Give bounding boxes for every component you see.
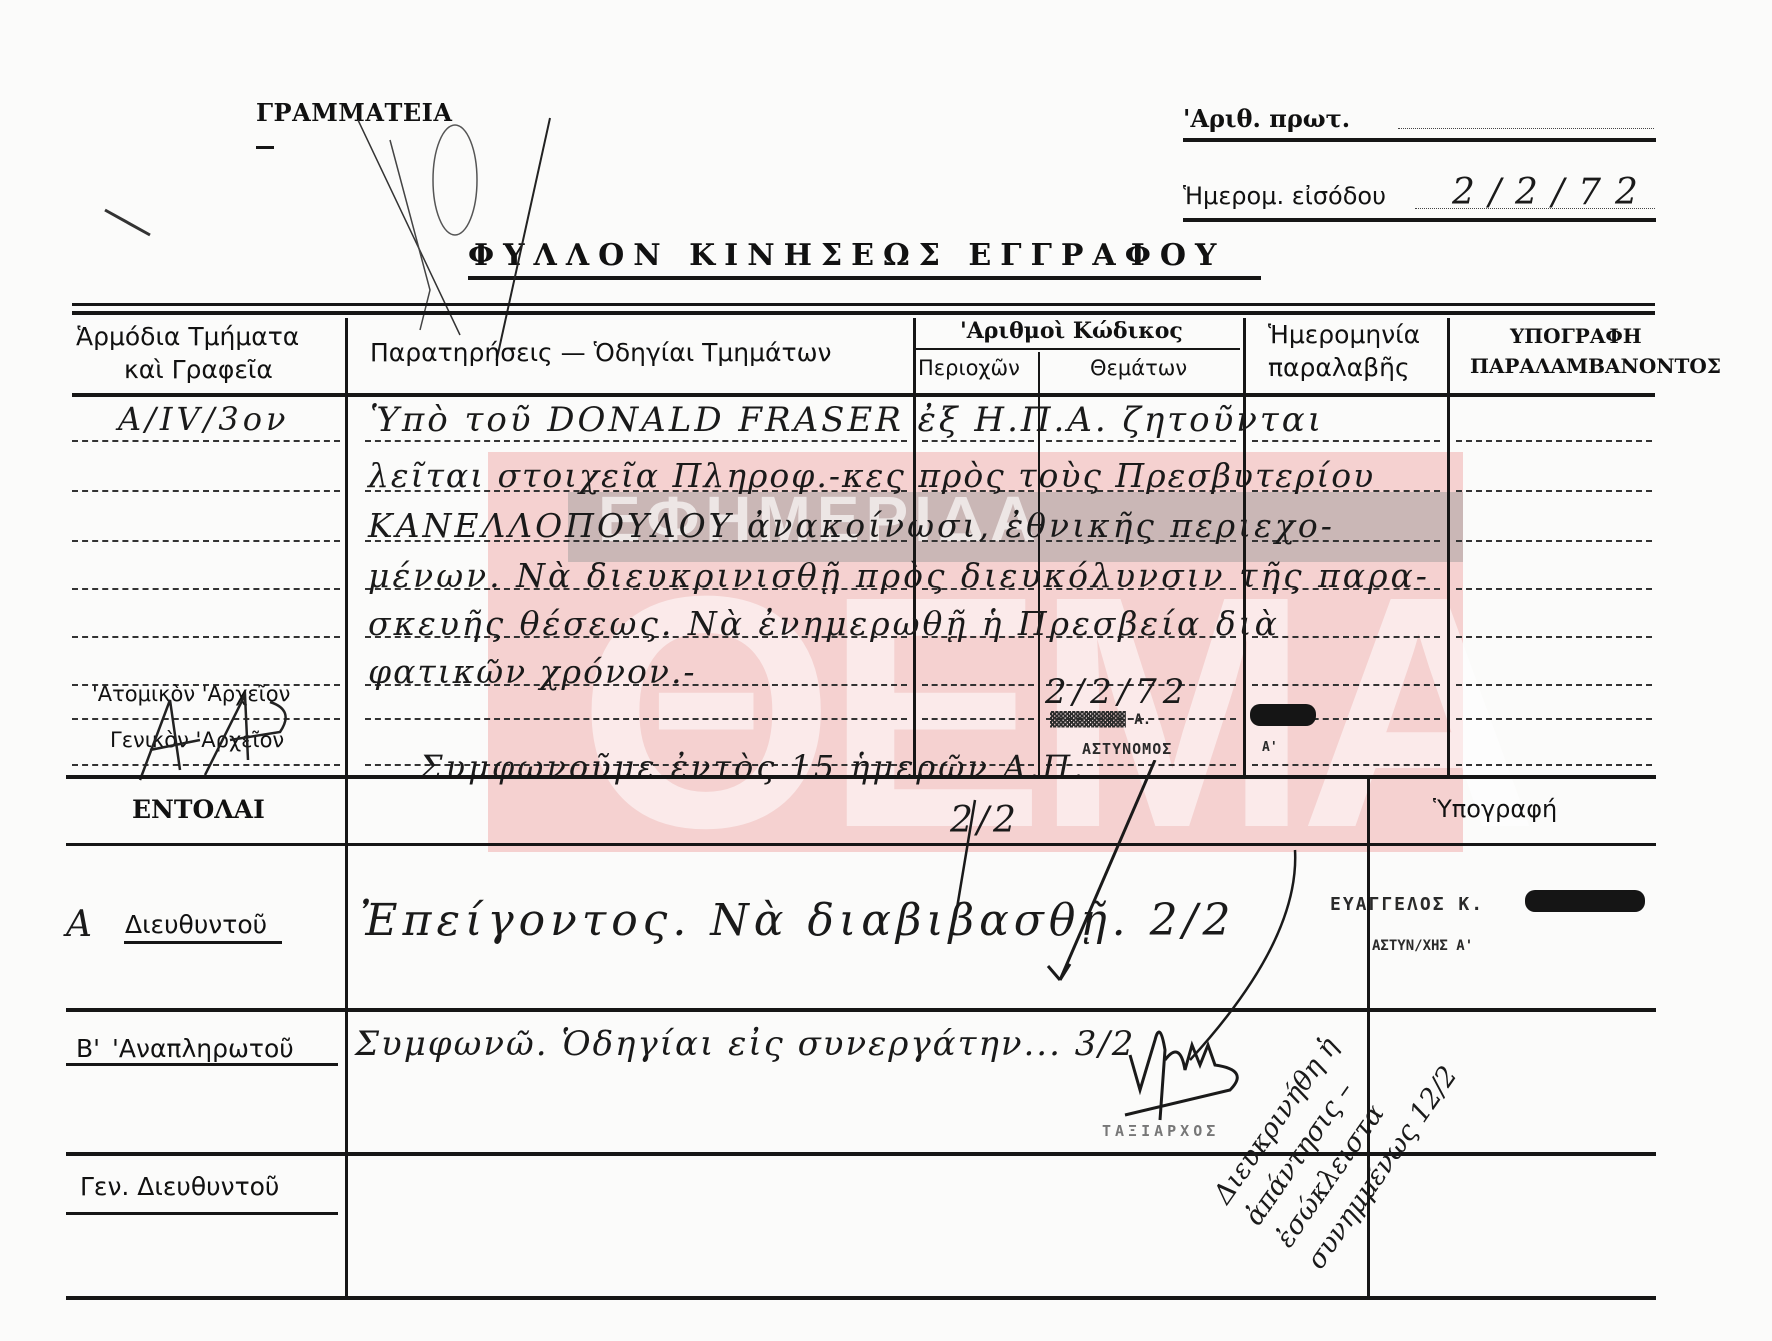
ruled-line [1252,636,1440,638]
ruled-line [1456,764,1652,766]
row-deputy-bottom-line [66,1152,1656,1156]
remark-line-5[interactable]: σκευῆς θέσεως. Νὰ ἐνημερωθῇ ἡ Πρεσβεία δ… [368,604,1280,643]
table-bottom-line [66,1296,1656,1300]
row-deputy-prefix: Β' [76,1034,100,1063]
ruled-line [1456,588,1652,590]
row-director-bottom-line [66,1008,1656,1012]
ruled-line [922,440,1034,442]
col-sep-2 [913,318,916,778]
remark-line-6[interactable]: φατικῶν χρόνον.- [368,652,697,691]
ruled-line [365,718,907,720]
ruled-line [1456,540,1652,542]
ruled-line [72,636,340,638]
ruled-line [1456,636,1652,638]
orders-header-bottom-line [66,843,1656,846]
col-sep-5 [1447,318,1450,778]
protocol-underline [1183,138,1656,142]
ruled-line [922,718,1034,720]
remark-line-1[interactable]: Ὑπὸ τοῦ DONALD FRASER ἐξ Η.Π.Α. ζητοῦντα… [370,400,1324,440]
col-header-receipt-date-2: παραλαβῆς [1268,353,1410,382]
entry-date-label: Ἡμερομ. εἰσόδου [1183,182,1386,210]
row-general-director-role: Γεν. Διευθυντοῦ [80,1172,279,1201]
col-header-codes-regions: Περιοχῶν [918,356,1020,380]
row-director-prefix: Α [66,904,92,945]
col-sep-4 [1243,318,1246,778]
remark-line-4[interactable]: μένων. Νὰ διευκρινισθῇ πρὸς διευκόλυνσιν… [368,556,1430,595]
orders-signature-header: Ὑπογραφή [1433,795,1557,823]
redaction-mark-1 [1250,704,1316,726]
signoff-date[interactable]: 2/2/72 [1045,672,1190,712]
ruled-line [1456,440,1652,442]
row-director-role-underline [124,941,282,944]
protocol-number-field[interactable] [1398,128,1654,129]
entries-bottom-line [66,775,1656,779]
row-general-director-underline [66,1212,338,1215]
ruled-line [1252,684,1440,686]
entry-date-value[interactable]: 2/2/72 [1452,172,1652,213]
entry-date-underline [1183,218,1656,222]
police-stamp-grade: Α' [1262,740,1278,755]
remark-line-2[interactable]: λεῖται στοιχεῖα Πληροφ.-κες πρὸς τοὺς Πρ… [368,456,1375,495]
row-director-role: Διευθυντοῦ [125,910,267,939]
col-header-receipt-date-1: Ἡμερομηνία [1268,320,1420,349]
entry-department[interactable]: A/IV/3ον [118,400,290,438]
col-header-departments-1: Ἁρμόδια Τμήματα [76,322,299,351]
form-title-underline [468,276,1261,280]
col-header-codes-subjects: Θεμάτων [1090,356,1187,380]
ruled-line [1456,718,1652,720]
header-bottom-line [72,393,1655,397]
col-header-recipient-sig-2: ΠΑΡΑΛΑΜΒΑΝΟΝΤΟΣ [1470,354,1721,378]
table-top-line-2 [72,311,1655,315]
codes-subheader-line [916,348,1240,350]
ruled-line [1046,440,1236,442]
remark-line-3[interactable]: ΚΑΝΕΛΛΟΠΟΥΛΟΥ ἀνακοίνωσι, ἐθνικῆς περιεχ… [368,506,1335,545]
ruled-line [1252,440,1440,442]
row-deputy-role-underline [66,1063,338,1066]
pen-strokes-header [90,100,560,360]
col-header-recipient-sig-1: ΥΠΟΓΡΑΦΗ [1510,324,1642,348]
redaction-mark-2 [1525,890,1645,912]
ruled-line [365,440,907,442]
ruled-line [72,440,340,442]
form-title: ΦΥΛΛΟΝ ΚΙΝΗΣΕΩΣ ΕΓΓΡΑΦΟΥ [468,238,1225,273]
pen-strokes-orders [900,760,1380,1320]
orders-title: ΕΝΤΟΛΑΙ [132,795,265,824]
archive-signature [120,680,320,790]
ruled-line [72,540,340,542]
col-header-remarks: Παρατηρήσεις — Ὁδηγίαι Τμημάτων [370,338,831,367]
ruled-line [72,490,340,492]
col-header-codes: 'Αριθμοὶ Κώδικος [960,318,1183,344]
ruled-line [1456,684,1652,686]
col-header-departments-2: καὶ Γραφεῖα [124,355,273,384]
police-stamp-top: ▓▓▓▓▓▓▓▓▓ Α. [1050,712,1151,728]
ruled-line [1456,490,1652,492]
col-sep-1 [345,318,348,778]
ruled-line [72,588,340,590]
orders-col-sep-1 [345,778,348,1298]
ruled-line [922,684,1034,686]
protocol-number-label: 'Αριθ. πρωτ. [1183,104,1350,133]
row-deputy-role: 'Αναπληρωτοῦ [112,1034,294,1063]
table-top-line-1 [72,303,1655,306]
police-stamp-rank: ΑΣΤΥΝΟΜΟΣ [1082,740,1172,758]
row-director-stamp-title: ΑΣΤΥΝ/ΧΗΣ Α' [1372,938,1473,954]
